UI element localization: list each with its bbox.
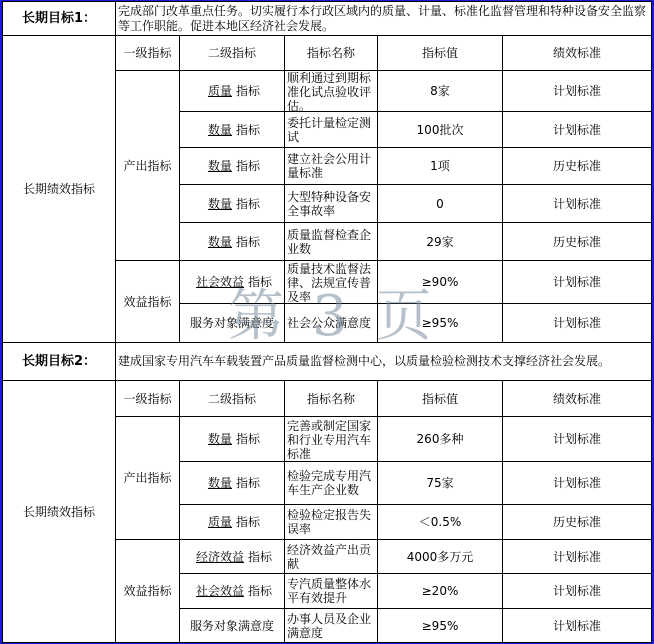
indicator-name: 经济效益产出贡献 <box>285 540 378 574</box>
header-standard: 绩效标准 <box>503 381 652 417</box>
section-label-text: 长期绩效指标 <box>23 505 95 519</box>
indicator-name-text: 顺利通过到期标准化试点验收评估。 <box>287 71 375 111</box>
header-name: 指标名称 <box>285 381 378 417</box>
indicator-value: 4000多万元 <box>378 540 503 574</box>
header-value: 指标值 <box>378 381 503 417</box>
level2-main: 社会效益 <box>192 275 248 289</box>
level1-benefit: 效益指标 <box>116 540 180 643</box>
header-name: 指标名称 <box>285 36 378 71</box>
level2-suffix: 指标 <box>236 235 260 249</box>
indicator-value: ≥95% <box>378 304 503 343</box>
indicator-standard: 计划标准 <box>503 540 652 574</box>
indicator-name: 完善或制定国家和行业专用汽车标准 <box>285 417 378 462</box>
header-level1: 一级指标 <box>116 381 180 417</box>
level2-suffix: 指标 <box>248 550 272 564</box>
indicator-standard: 计划标准 <box>503 574 652 609</box>
section-label: 长期绩效指标 <box>3 381 116 643</box>
goal-description: 完成部门改革重点任务。切实履行本行政区域内的质量、计量、标准化监督管理和特种设备… <box>116 2 652 36</box>
indicator-value: 260多种 <box>378 417 503 462</box>
level2-main: 质量 <box>204 84 236 98</box>
indicator-value: 1项 <box>378 148 503 185</box>
goal-row-1: 长期目标1： 完成部门改革重点任务。切实履行本行政区域内的质量、计量、标准化监督… <box>3 2 652 36</box>
header-row: 长期绩效指标 一级指标 二级指标 指标名称 指标值 绩效标准 <box>3 36 652 71</box>
indicator-name: 顺利通过到期标准化试点验收评估。 <box>285 71 378 112</box>
level2-cell: 数量指标 <box>180 417 285 462</box>
level2-main: 经济效益 <box>192 550 248 564</box>
indicator-standard: 历史标准 <box>503 223 652 261</box>
level2-plain: 服务对象满意度 <box>180 609 285 643</box>
indicator-name: 社会公众满意度 <box>285 304 378 343</box>
indicator-name-text: 完善或制定国家和行业专用汽车标准 <box>287 419 375 459</box>
level2-cell: 数量指标 <box>180 223 285 261</box>
header-standard: 绩效标准 <box>503 36 652 71</box>
header-row: 长期绩效指标 一级指标 二级指标 指标名称 指标值 绩效标准 <box>3 381 652 417</box>
indicator-standard: 计划标准 <box>503 462 652 505</box>
goal-row-2: 长期目标2： 建成国家专用汽车车载装置产品质量监督检测中心，以质量检验检测技术支… <box>3 343 652 381</box>
indicator-name: 大型特种设备安全事故率 <box>285 185 378 223</box>
header-level1: 一级指标 <box>116 36 180 71</box>
level2-suffix: 指标 <box>236 432 260 446</box>
level2-main: 数量 <box>204 123 236 137</box>
level2-cell: 质量指标 <box>180 505 285 540</box>
level2-suffix: 指标 <box>236 159 260 173</box>
level2-main: 数量 <box>204 235 236 249</box>
level1-output: 产出指标 <box>116 71 180 261</box>
indicator-value: ＜0.5% <box>378 505 503 540</box>
indicator-name-text: 质量技术监督法律、法规宣传普及率 <box>287 262 375 302</box>
indicator-standard: 历史标准 <box>503 148 652 185</box>
level2-suffix: 指标 <box>248 584 272 598</box>
indicator-standard: 计划标准 <box>503 609 652 643</box>
goal-label: 长期目标1： <box>3 2 116 36</box>
indicator-value: 100批次 <box>378 112 503 148</box>
indicator-value: ≥95% <box>378 609 503 643</box>
level2-cell: 数量指标 <box>180 148 285 185</box>
indicator-standard: 计划标准 <box>503 261 652 304</box>
level2-main: 社会效益 <box>192 584 248 598</box>
indicator-value: 8家 <box>378 71 503 112</box>
indicator-standard: 计划标准 <box>503 185 652 223</box>
indicator-value: ≥20% <box>378 574 503 609</box>
performance-table: 长期目标1： 完成部门改革重点任务。切实履行本行政区域内的质量、计量、标准化监督… <box>2 1 652 643</box>
indicator-name: 办事人员及企业满意度 <box>285 609 378 643</box>
header-value: 指标值 <box>378 36 503 71</box>
level2-cell: 社会效益指标 <box>180 574 285 609</box>
level2-cell: 数量指标 <box>180 112 285 148</box>
goal-description: 建成国家专用汽车车载装置产品质量监督检测中心，以质量检验检测技术支撑经济社会发展… <box>116 343 652 381</box>
header-level2: 二级指标 <box>180 381 285 417</box>
indicator-name: 检验完成专用汽车生产企业数 <box>285 462 378 505</box>
level2-main: 数量 <box>204 476 236 490</box>
level2-cell: 数量指标 <box>180 185 285 223</box>
section-label: 长期绩效指标 <box>3 36 116 343</box>
indicator-name: 检验检定报告失误率 <box>285 505 378 540</box>
indicator-value: 0 <box>378 185 503 223</box>
indicator-name: 委托计量检定测试 <box>285 112 378 148</box>
level1-output: 产出指标 <box>116 417 180 540</box>
level2-cell: 社会效益指标 <box>180 261 285 304</box>
indicator-standard: 计划标准 <box>503 112 652 148</box>
indicator-value: 75家 <box>378 462 503 505</box>
indicator-name: 专汽质量整体水平有效提升 <box>285 574 378 609</box>
indicator-standard: 历史标准 <box>503 505 652 540</box>
goal-label: 长期目标2： <box>3 343 116 381</box>
level2-main: 数量 <box>204 432 236 446</box>
level2-suffix: 指标 <box>236 515 260 529</box>
level2-main: 数量 <box>204 159 236 173</box>
header-level2: 二级指标 <box>180 36 285 71</box>
indicator-name: 建立社会公用计量标准 <box>285 148 378 185</box>
level2-cell: 质量指标 <box>180 71 285 112</box>
indicator-standard: 计划标准 <box>503 304 652 343</box>
indicator-standard: 计划标准 <box>503 71 652 112</box>
level2-suffix: 指标 <box>236 123 260 137</box>
level2-cell: 经济效益指标 <box>180 540 285 574</box>
level2-suffix: 指标 <box>236 197 260 211</box>
level2-suffix: 指标 <box>248 275 272 289</box>
indicator-name: 质量监督检查企业数 <box>285 223 378 261</box>
indicator-value: ≥90% <box>378 261 503 304</box>
level2-plain: 服务对象满意度 <box>180 304 285 343</box>
indicator-value: 29家 <box>378 223 503 261</box>
level2-suffix: 指标 <box>236 84 260 98</box>
indicator-standard: 计划标准 <box>503 417 652 462</box>
indicator-name: 质量技术监督法律、法规宣传普及率 <box>285 261 378 304</box>
level2-cell: 数量指标 <box>180 462 285 505</box>
level2-main: 质量 <box>204 515 236 529</box>
section-label-text: 长期绩效指标 <box>23 182 95 196</box>
level1-benefit: 效益指标 <box>116 261 180 343</box>
level2-suffix: 指标 <box>236 476 260 490</box>
indicator-name-text: 检验完成专用汽车生产企业数 <box>287 469 375 497</box>
level2-main: 数量 <box>204 197 236 211</box>
